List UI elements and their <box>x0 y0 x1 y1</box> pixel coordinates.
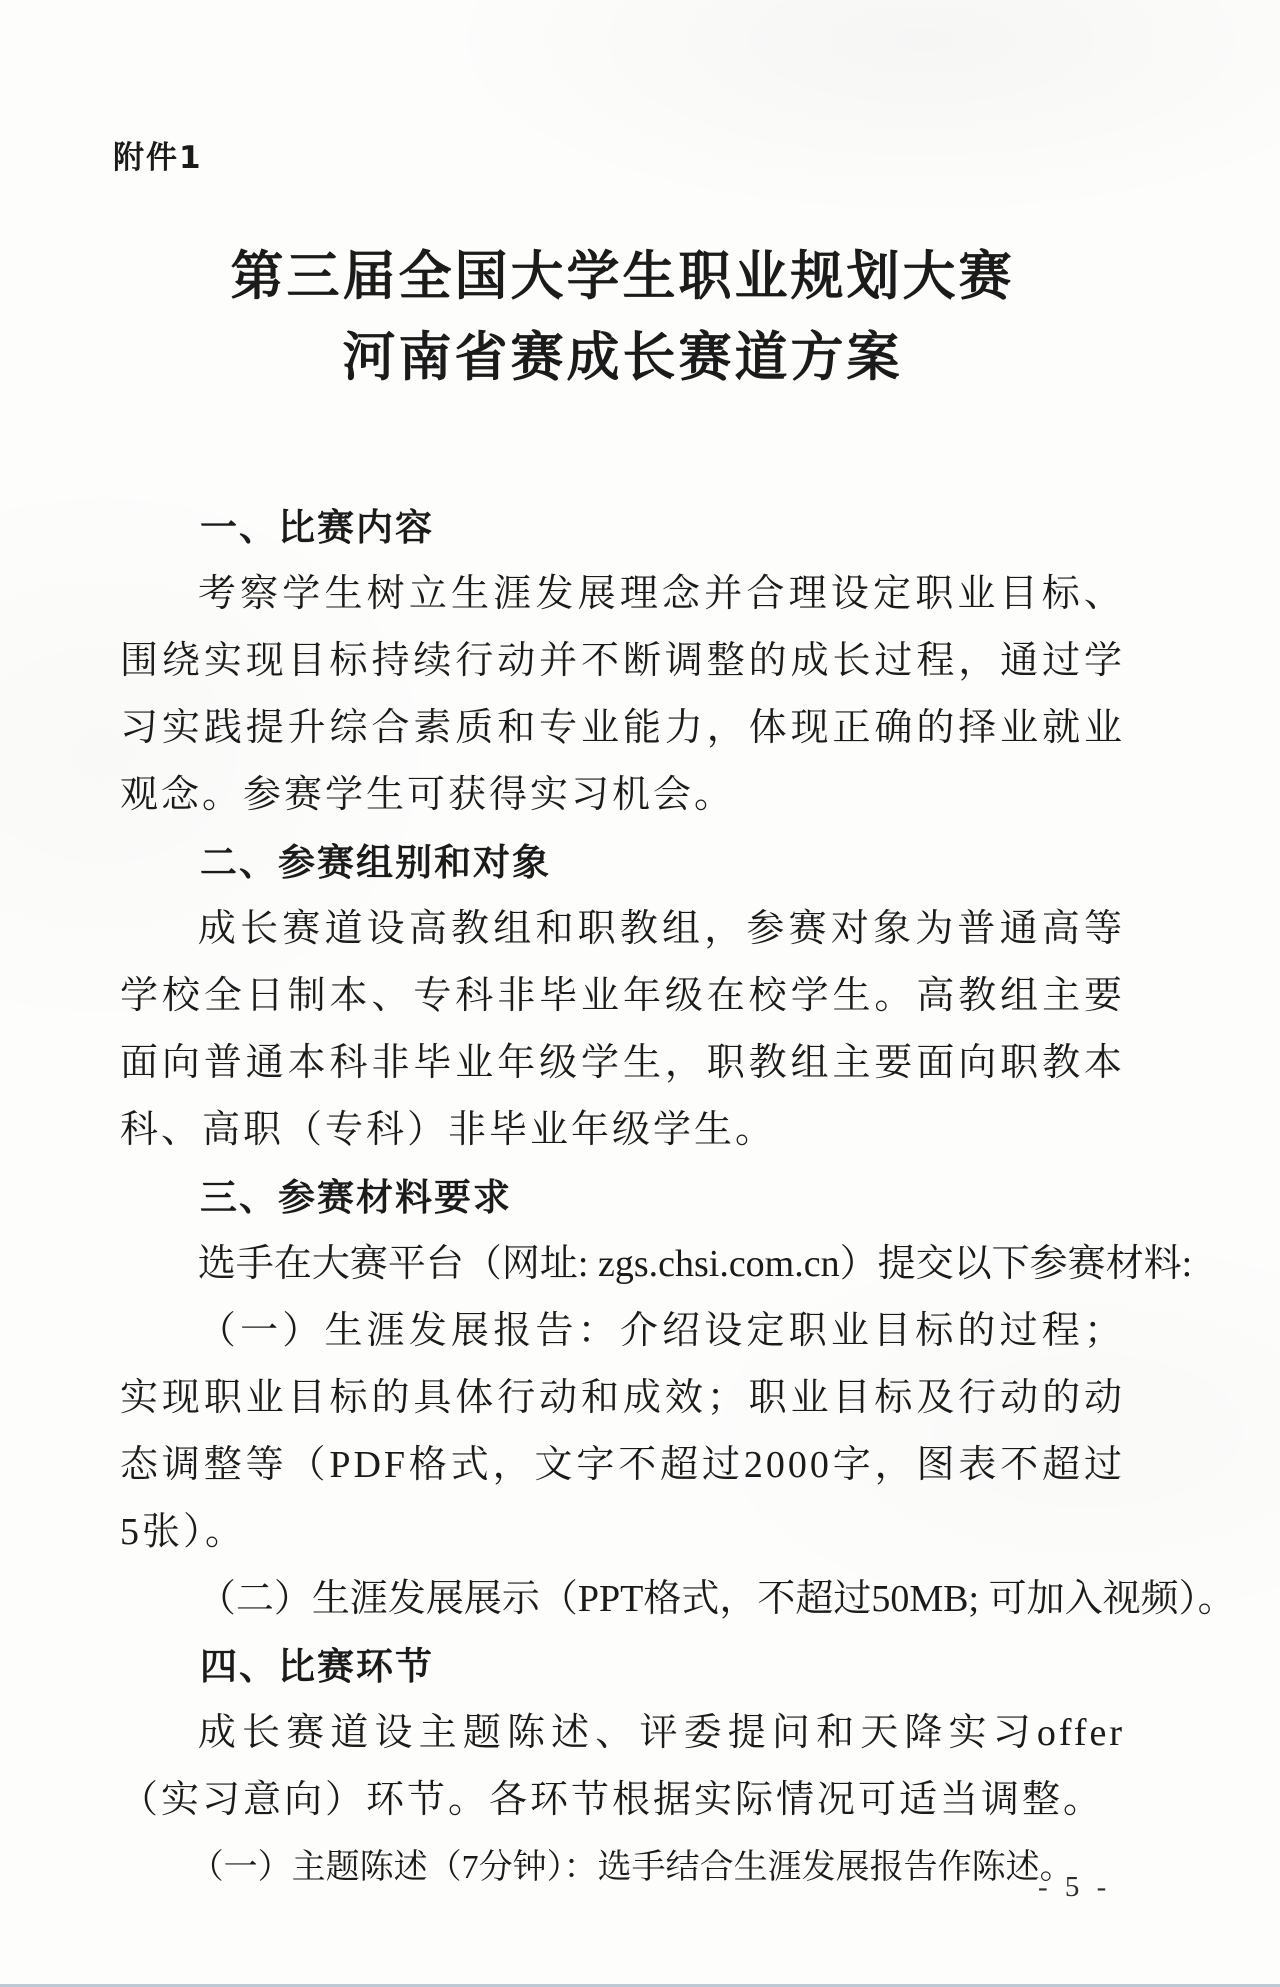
section-heading-2: 二、参赛组别和对象 <box>120 829 1125 896</box>
section-heading-1: 一、比赛内容 <box>120 494 1125 561</box>
section-heading-3: 三、参赛材料要求 <box>120 1164 1125 1231</box>
document-title-line2: 河南省赛成长赛道方案 <box>120 318 1125 399</box>
document-title-line1: 第三届全国大学生职业规划大赛 <box>120 237 1125 318</box>
paragraph: （一）生涯发展报告：介绍设定职业目标的过程；实现职业目标的具体行动和成效；职业目… <box>120 1298 1125 1566</box>
paragraph: 考察学生树立生涯发展理念并合理设定职业目标、围绕实现目标持续行动并不断调整的成长… <box>120 561 1125 829</box>
paragraph: （一）主题陈述（7分钟）：选手结合生涯发展报告作陈述。 <box>120 1834 1125 1901</box>
paragraph: （二）生涯发展展示（PPT格式，不超过50MB; 可加入视频）。 <box>120 1566 1125 1633</box>
page-number: - 5 - <box>1038 1871 1111 1904</box>
attachment-label: 附件1 <box>113 132 203 177</box>
document-title: 第三届全国大学生职业规划大赛 河南省赛成长赛道方案 <box>120 237 1125 399</box>
paragraph: 成长赛道设高教组和职教组，参赛对象为普通高等学校全日制本、专科非毕业年级在校学生… <box>120 896 1125 1164</box>
section-heading-4: 四、比赛环节 <box>120 1633 1125 1700</box>
paragraph: 成长赛道设主题陈述、评委提问和天降实习offer（实习意向）环节。各环节根据实际… <box>120 1700 1125 1834</box>
document-body: 第三届全国大学生职业规划大赛 河南省赛成长赛道方案 一、比赛内容 考察学生树立生… <box>120 237 1125 1901</box>
paragraph: 选手在大赛平台（网址: zgs.chsi.com.cn）提交以下参赛材料: <box>120 1231 1125 1298</box>
scanned-document-page: 附件1 第三届全国大学生职业规划大赛 河南省赛成长赛道方案 一、比赛内容 考察学… <box>0 0 1280 1987</box>
